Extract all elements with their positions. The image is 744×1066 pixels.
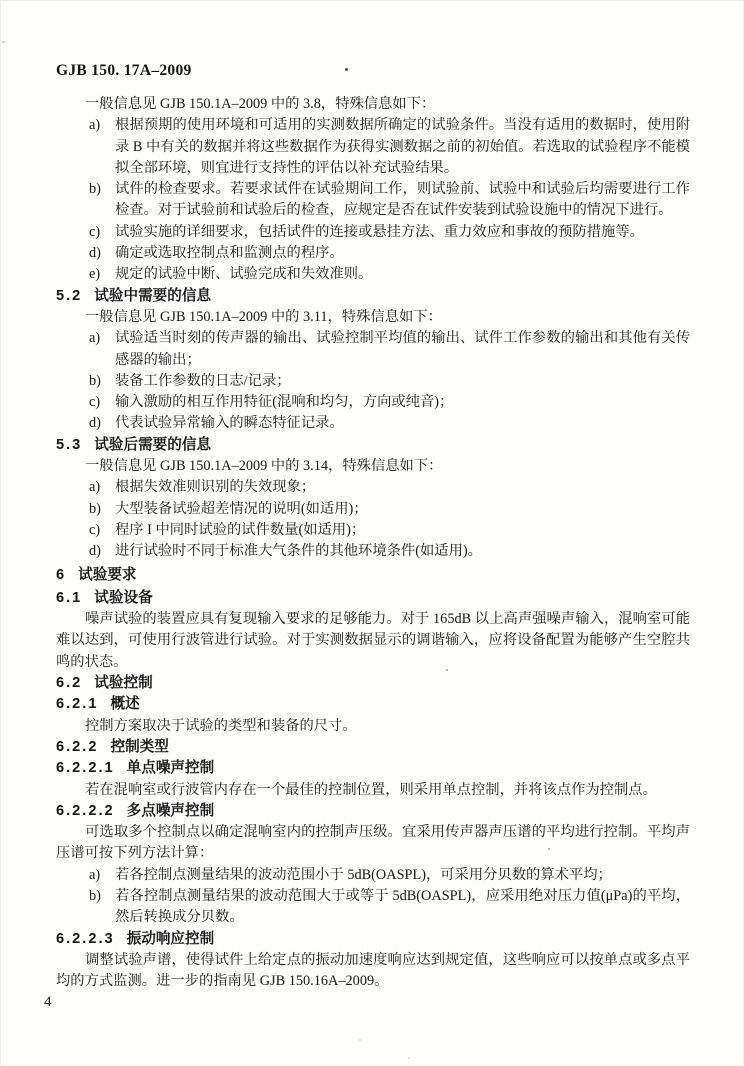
- list-item: d) 代表试验异常输入的瞬态特征记录。: [56, 413, 690, 434]
- section-heading-5-3: 5.3试验后需要的信息: [56, 435, 690, 456]
- list-item: a) 根据预期的使用环境和可适用的实测数据所确定的试验条件。当没有适用的数据时，…: [56, 115, 690, 179]
- list-marker: a): [89, 328, 100, 349]
- list-item: b) 试件的检查要求。若要求试件在试验期间工作，则试验前、试验中和试验后均需要进…: [56, 179, 690, 222]
- list-item: e) 规定的试验中断、试验完成和失效准则。: [56, 264, 690, 285]
- scan-speck: [408, 1057, 410, 1059]
- section-number: 6.2.2: [56, 739, 98, 755]
- section-title: 多点噪声控制: [127, 803, 215, 819]
- section-heading-6: 6试验要求: [56, 565, 690, 586]
- section-title: 单点噪声控制: [127, 760, 215, 776]
- list-marker: b): [89, 499, 101, 520]
- section-title: 振动响应控制: [127, 931, 215, 947]
- list-text: 试件的检查要求。若要求试件在试验期间工作，则试验前、试验中和试验后均需要进行工作…: [115, 181, 690, 218]
- list-marker: c): [89, 392, 100, 413]
- list-marker: e): [89, 264, 100, 285]
- scan-speck: [359, 1039, 361, 1041]
- list-text: 根据预期的使用环境和可适用的实测数据所确定的试验条件。当没有适用的数据时，使用附…: [115, 117, 690, 176]
- paragraph: 一般信息见 GJB 150.1A–2009 中的 3.8，特殊信息如下：: [56, 94, 690, 115]
- section-number: 6.2.1: [56, 696, 98, 712]
- list-text: 试验适当时刻的传声器的输出、试验控制平均值的输出、试件工作参数的输出和其他有关传…: [115, 330, 690, 367]
- paragraph: 控制方案取决于试验的类型和装备的尺寸。: [56, 716, 690, 737]
- section-number: 6.2.2.2: [56, 803, 115, 819]
- section-heading-6-2-1: 6.2.1概述: [56, 694, 690, 715]
- section-number: 5.2: [56, 288, 82, 304]
- scan-speck: [2, 41, 5, 43]
- list-text: 根据失效准则识别的失效现象；: [115, 479, 315, 495]
- section-title: 控制类型: [110, 739, 168, 755]
- list-item: c) 试验实施的详细要求，包括试件的连接或悬挂方法、重力效应和事故的预防措施等。: [56, 222, 690, 243]
- list-item: a) 若各控制点测量结果的波动范围小于 5dB(OASPL)，可采用分贝数的算术…: [56, 865, 690, 886]
- section-heading-6-2-2: 6.2.2控制类型: [56, 737, 690, 758]
- section-heading-6-2: 6.2试验控制: [56, 673, 690, 694]
- section-number: 5.3: [56, 437, 82, 453]
- list-item: c) 程序 I 中同时试验的试件数量(如适用)；: [56, 520, 690, 541]
- list-marker: a): [89, 477, 100, 498]
- list-text: 代表试验异常输入的瞬态特征记录。: [115, 415, 344, 431]
- list-text: 确定或选取控制点和监测点的程序。: [115, 245, 344, 261]
- list-item: b) 若各控制点测量结果的波动范围大于或等于 5dB(OASPL)，应采用绝对压…: [56, 886, 690, 929]
- list-marker: c): [89, 520, 100, 541]
- document-content: 一般信息见 GJB 150.1A–2009 中的 3.8，特殊信息如下： a) …: [56, 94, 690, 992]
- list-item: d) 确定或选取控制点和监测点的程序。: [56, 243, 690, 264]
- list-item: c) 输入激励的相互作用特征(混响和均匀，方向或纯音)；: [56, 392, 690, 413]
- section-heading-6-2-2-3: 6.2.2.3振动响应控制: [56, 929, 690, 950]
- section-title: 试验控制: [94, 675, 152, 691]
- list-item: b) 大型装备试验超差情况的说明(如适用)；: [56, 499, 690, 520]
- section-title: 试验要求: [78, 567, 136, 583]
- list-text: 大型装备试验超差情况的说明(如适用)；: [115, 501, 368, 517]
- paragraph: 可选取多个控制点以确定混响室内的控制声压级。宜采用传声器声压谱的平均进行控制。平…: [56, 822, 690, 865]
- section-number: 6.2: [56, 675, 82, 691]
- section-number: 6.2.2.1: [56, 760, 115, 776]
- section-title: 试验后需要的信息: [94, 437, 211, 453]
- section-heading-6-2-2-2: 6.2.2.2多点噪声控制: [56, 801, 690, 822]
- list-text: 进行试验时不同于标准大气条件的其他环境条件(如适用)。: [115, 543, 482, 559]
- section-number: 6: [56, 567, 66, 583]
- list-text: 若各控制点测量结果的波动范围小于 5dB(OASPL)，可采用分贝数的算术平均；: [115, 867, 612, 883]
- list-marker: a): [89, 865, 100, 886]
- paragraph: 若在混响室或行波管内存在一个最佳的控制位置，则采用单点控制，并将该点作为控制点。: [56, 780, 690, 801]
- paragraph: 调整试验声谱，使得试件上给定点的振动加速度响应达到规定值，这些响应可以按单点或多…: [56, 950, 690, 993]
- paragraph: 一般信息见 GJB 150.1A–2009 中的 3.11，特殊信息如下：: [56, 307, 690, 328]
- list-marker: b): [89, 371, 101, 392]
- list-item: a) 试验适当时刻的传声器的输出、试验控制平均值的输出、试件工作参数的输出和其他…: [56, 328, 690, 371]
- list-text: 规定的试验中断、试验完成和失效准则。: [115, 266, 372, 282]
- section-title: 试验设备: [94, 590, 152, 606]
- document-page: GJB 150. 17A–2009 一般信息见 GJB 150.1A–2009 …: [0, 0, 744, 1066]
- page-number: 4: [44, 994, 52, 1011]
- section-heading-5-2: 5.2试验中需要的信息: [56, 286, 690, 307]
- list-marker: a): [89, 115, 100, 136]
- list-text: 输入激励的相互作用特征(混响和均匀，方向或纯音)；: [115, 394, 453, 410]
- section-title: 概述: [110, 696, 139, 712]
- list-text: 若各控制点测量结果的波动范围大于或等于 5dB(OASPL)，应采用绝对压力值(…: [115, 888, 690, 925]
- page-body: GJB 150. 17A–2009 一般信息见 GJB 150.1A–2009 …: [56, 61, 690, 992]
- list-text: 装备工作参数的日志/记录；: [115, 373, 291, 389]
- doc-number-header: GJB 150. 17A–2009: [56, 61, 690, 81]
- list-item: b) 装备工作参数的日志/记录；: [56, 371, 690, 392]
- list-marker: b): [89, 179, 101, 200]
- paragraph: 一般信息见 GJB 150.1A–2009 中的 3.14，特殊信息如下：: [56, 456, 690, 477]
- section-heading-6-2-2-1: 6.2.2.1单点噪声控制: [56, 758, 690, 779]
- section-number: 6.2.2.3: [56, 931, 115, 947]
- section-heading-6-1: 6.1试验设备: [56, 588, 690, 609]
- list-marker: d): [89, 541, 101, 562]
- list-item: a) 根据失效准则识别的失效现象；: [56, 477, 690, 498]
- section-number: 6.1: [56, 590, 82, 606]
- list-marker: d): [89, 413, 101, 434]
- section-title: 试验中需要的信息: [94, 288, 211, 304]
- list-marker: b): [89, 886, 101, 907]
- list-text: 试验实施的详细要求，包括试件的连接或悬挂方法、重力效应和事故的预防措施等。: [115, 224, 644, 240]
- list-marker: d): [89, 243, 101, 264]
- paragraph: 噪声试验的装置应具有复现输入要求的足够能力。对于 165dB 以上高声强噪声输入…: [56, 609, 690, 673]
- list-marker: c): [89, 222, 100, 243]
- list-text: 程序 I 中同时试验的试件数量(如适用)；: [115, 522, 365, 538]
- list-item: d) 进行试验时不同于标准大气条件的其他环境条件(如适用)。: [56, 541, 690, 562]
